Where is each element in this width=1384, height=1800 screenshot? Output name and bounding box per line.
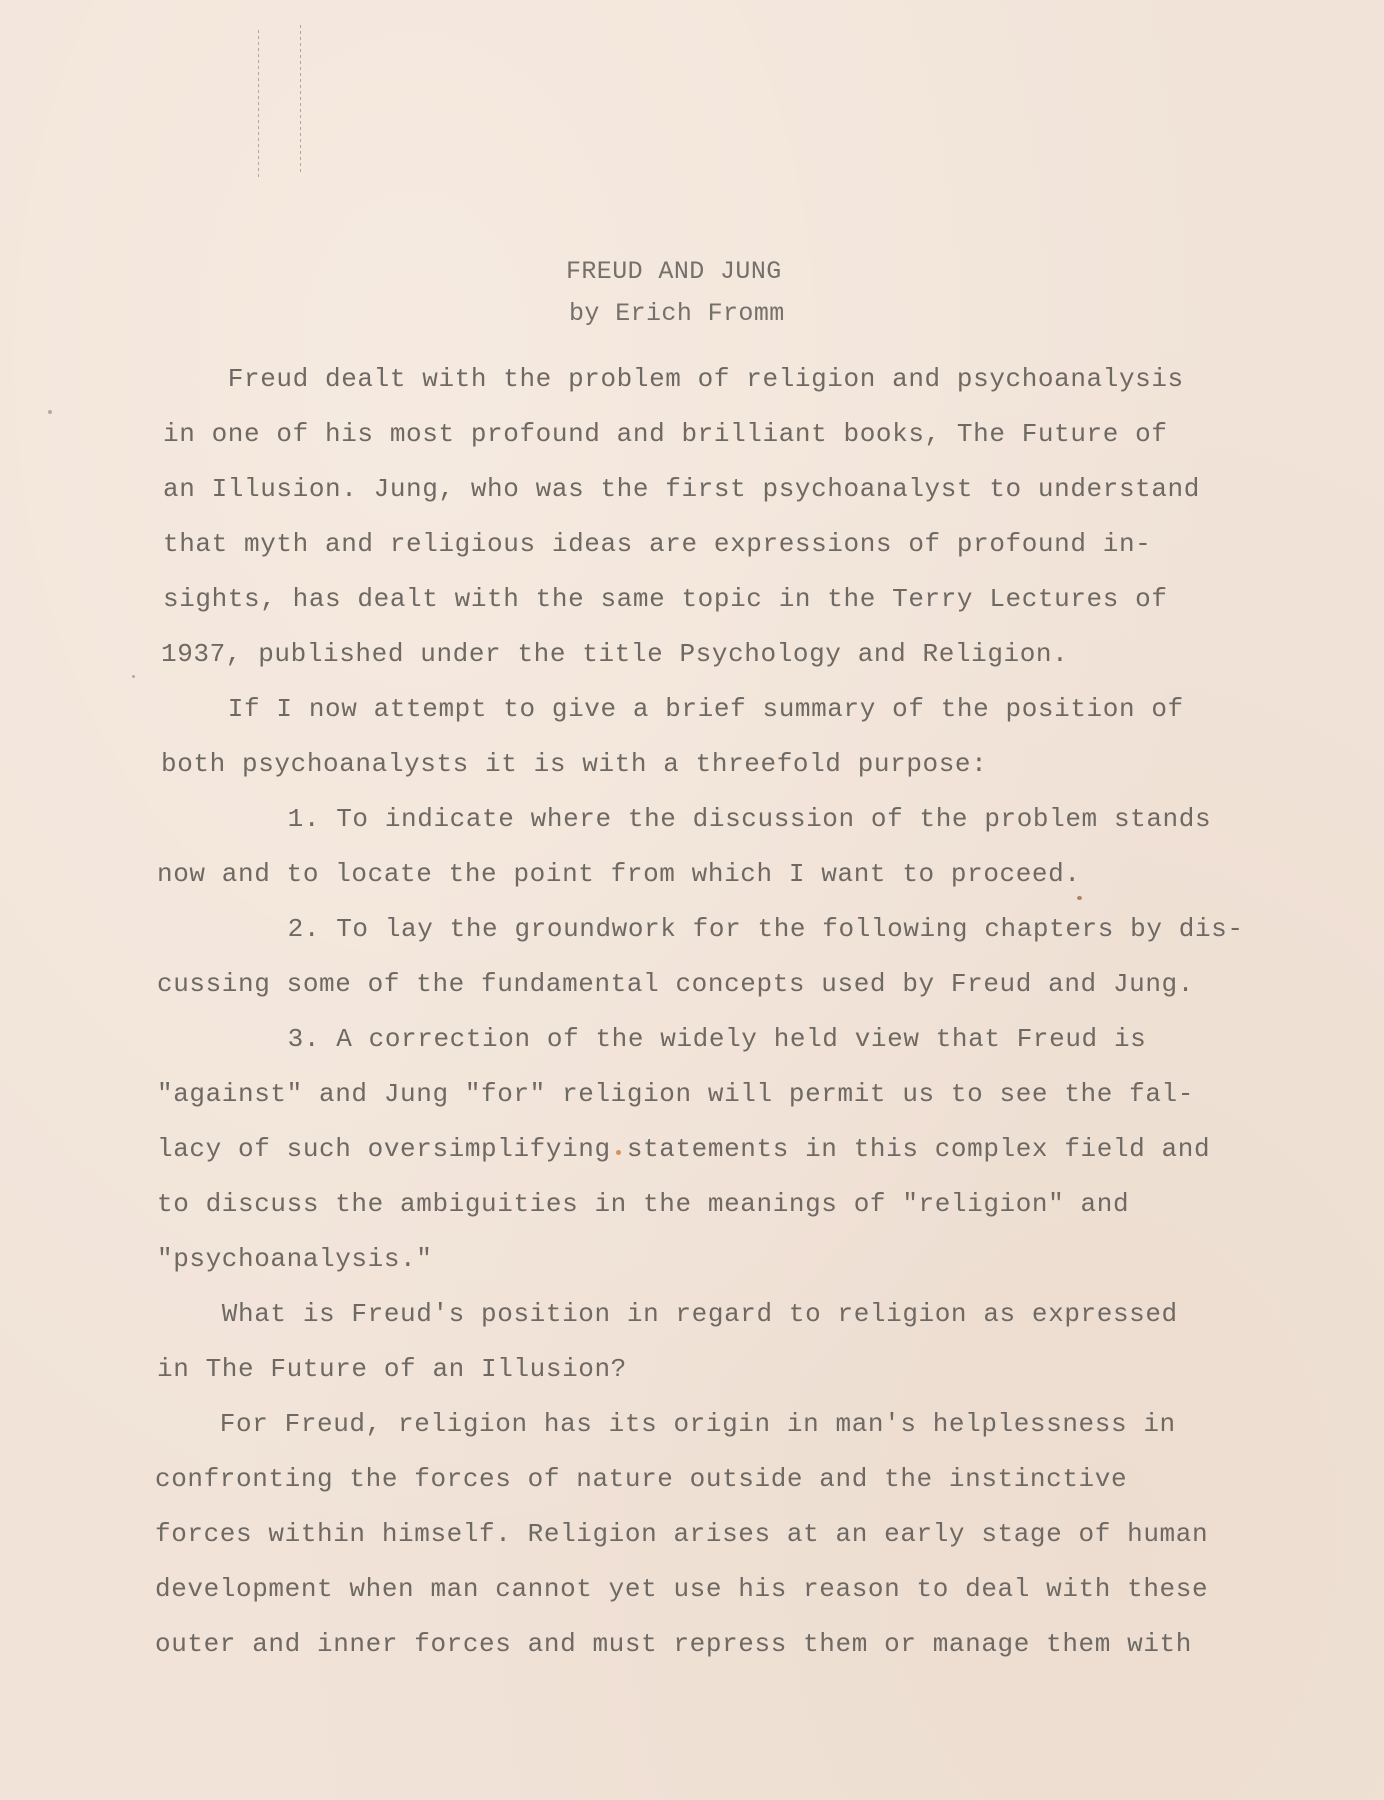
text-line: to discuss the ambiguities in the meanin… xyxy=(157,1191,1129,1217)
text-line: both psychoanalysts it is with a threefo… xyxy=(161,751,987,777)
text-line: now and to locate the point from which I… xyxy=(157,861,1081,887)
text-line: 2. To lay the groundwork for the followi… xyxy=(158,916,1244,942)
text-line: 3. A correction of the widely held view … xyxy=(158,1026,1146,1052)
text-line: If I now attempt to give a brief summary… xyxy=(163,696,1184,722)
text-line: What is Freud's position in regard to re… xyxy=(157,1301,1178,1327)
text-line: "psychoanalysis." xyxy=(157,1246,432,1272)
document-byline: by Erich Fromm xyxy=(569,301,785,326)
typewritten-page: FREUD AND JUNG by Erich Fromm Freud deal… xyxy=(0,0,1384,1800)
paper-speck xyxy=(48,410,52,414)
text-line: development when man cannot yet use his … xyxy=(155,1576,1208,1602)
text-line: For Freud, religion has its origin in ma… xyxy=(155,1411,1176,1437)
text-line: 1. To indicate where the discussion of t… xyxy=(158,806,1211,832)
text-line: in one of his most profound and brillian… xyxy=(163,421,1168,447)
text-line: forces within himself. Religion arises a… xyxy=(155,1521,1208,1547)
text-line: Freud dealt with the problem of religion… xyxy=(163,366,1184,392)
text-line: confronting the forces of nature outside… xyxy=(155,1466,1127,1492)
paper-speck xyxy=(1077,896,1082,900)
text-line: in The Future of an Illusion? xyxy=(157,1356,627,1382)
paper-speck xyxy=(132,675,135,678)
pencil-mark xyxy=(258,30,259,180)
text-line: lacy of such oversimplifying statements … xyxy=(157,1136,1210,1162)
text-line: outer and inner forces and must repress … xyxy=(155,1631,1192,1657)
document-title: FREUD AND JUNG xyxy=(566,259,782,284)
text-line: "against" and Jung "for" religion will p… xyxy=(157,1081,1194,1107)
text-line: an Illusion. Jung, who was the first psy… xyxy=(163,476,1200,502)
text-line: 1937, published under the title Psycholo… xyxy=(161,641,1068,667)
pencil-mark xyxy=(300,25,301,175)
text-line: sights, has dealt with the same topic in… xyxy=(163,586,1168,612)
text-line: that myth and religious ideas are expres… xyxy=(163,531,1151,557)
text-line: cussing some of the fundamental concepts… xyxy=(157,971,1194,997)
